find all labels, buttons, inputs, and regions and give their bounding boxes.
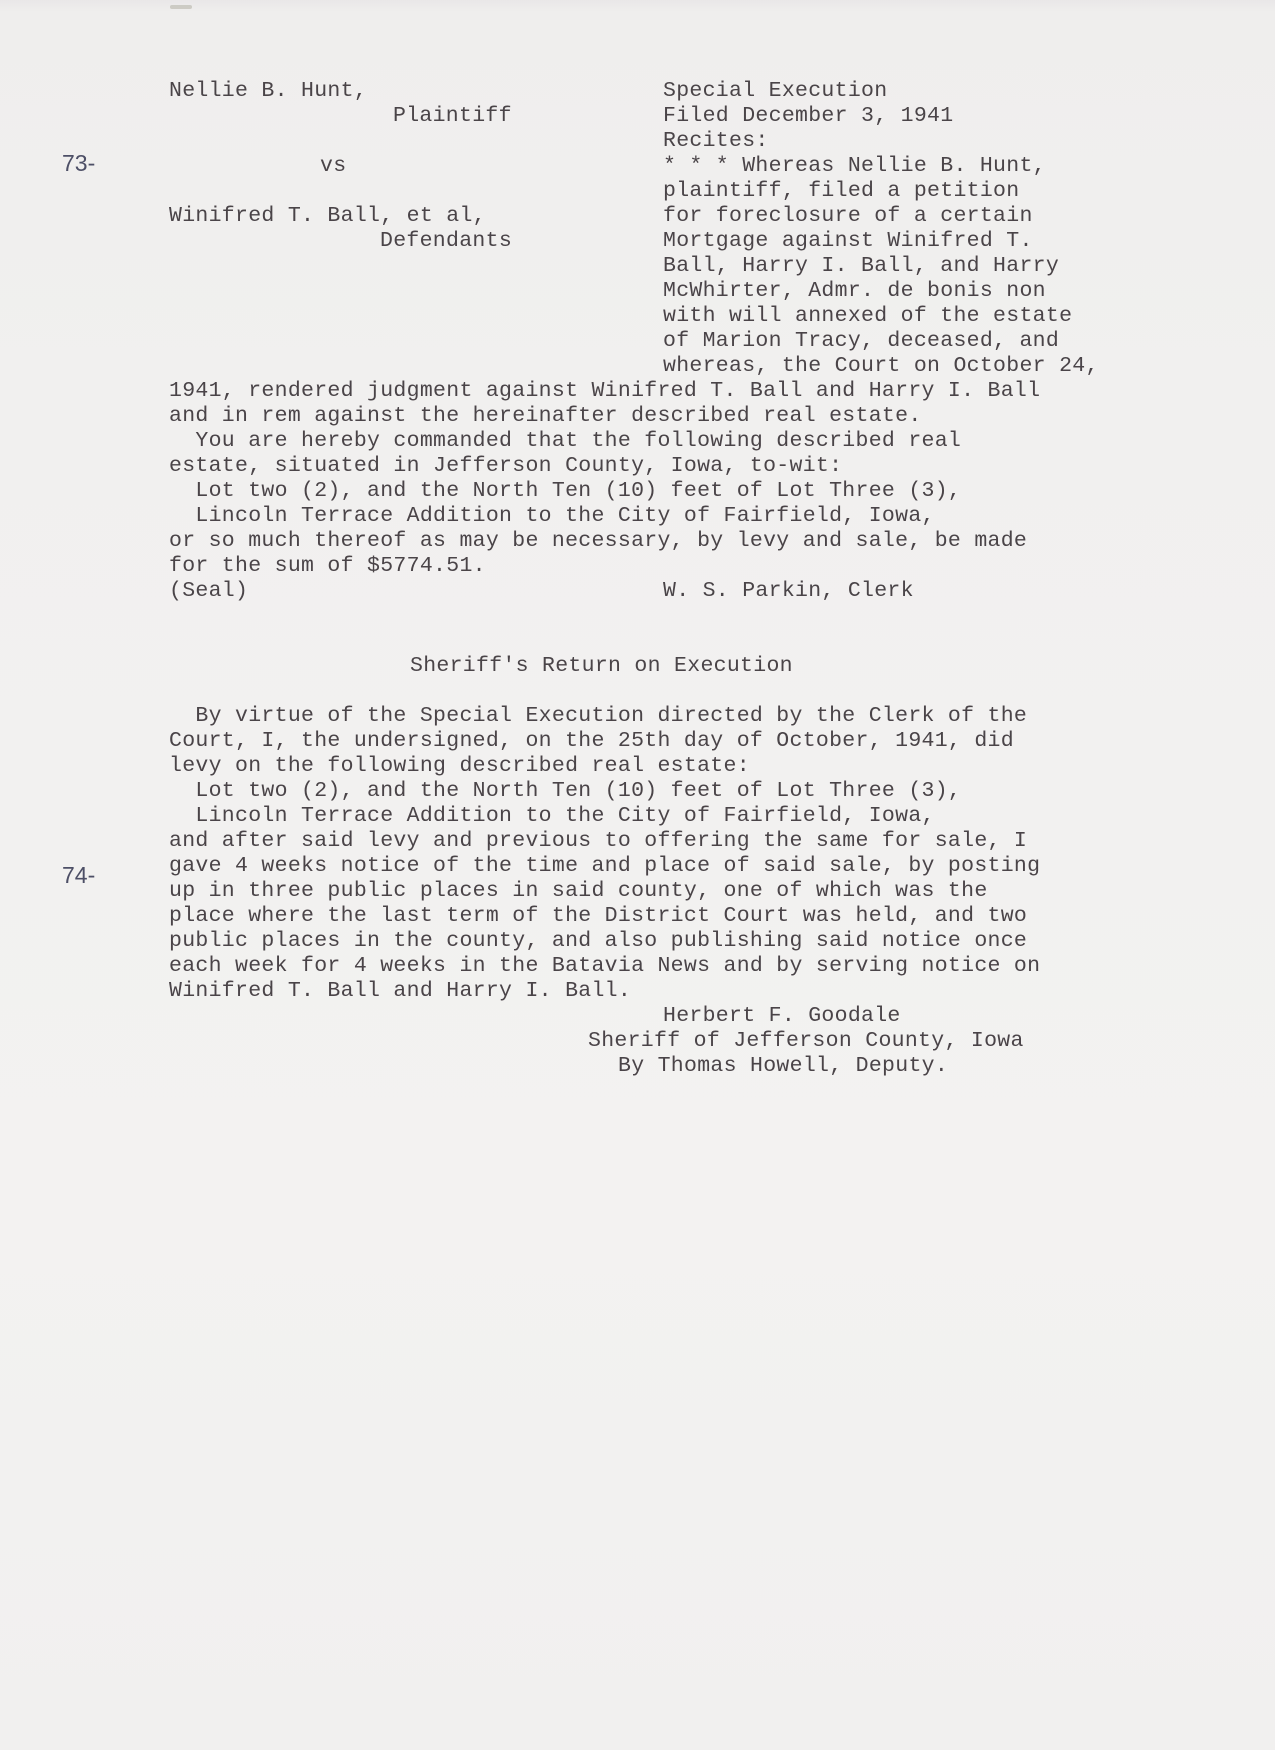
execution-header-line: Mortgage against Winifred T. [663, 229, 1033, 254]
execution-body-line: 1941, rendered judgment against Winifred… [169, 379, 1040, 404]
sheriff-return-line: public places in the county, and also pu… [169, 929, 1027, 954]
sheriff-signature-line: Sheriff of Jefferson County, Iowa [588, 1029, 1024, 1054]
execution-header-line: plaintiff, filed a petition [663, 179, 1019, 204]
execution-header-line: whereas, the Court on October 24, [663, 354, 1099, 379]
sheriff-signature-line: Herbert F. Goodale [663, 1004, 901, 1029]
sheriff-return-line: gave 4 weeks notice of the time and plac… [169, 854, 1040, 879]
execution-body-line: Lot two (2), and the North Ten (10) feet… [169, 479, 961, 504]
execution-header-line: * * * Whereas Nellie B. Hunt, [663, 154, 1046, 179]
execution-body-line: for the sum of $5774.51. [169, 554, 486, 579]
document-page: 73- 74- Nellie B. Hunt, Plaintiff vs Win… [0, 0, 1275, 1750]
execution-body-line: and in rem against the hereinafter descr… [169, 404, 922, 429]
execution-body-line: or so much thereof as may be necessary, … [169, 529, 1027, 554]
sheriff-signature-line: By Thomas Howell, Deputy. [618, 1054, 948, 1079]
execution-header-line: Special Execution [663, 79, 887, 104]
execution-header-line: with will annexed of the estate [663, 304, 1072, 329]
sheriff-return-line: up in three public places in said county… [169, 879, 988, 904]
sheriff-return-title: Sheriff's Return on Execution [410, 654, 793, 679]
plaintiff-name: Nellie B. Hunt, [169, 79, 367, 104]
execution-body-line: estate, situated in Jefferson County, Io… [169, 454, 842, 479]
sheriff-return-line: and after said levy and previous to offe… [169, 829, 1027, 854]
execution-body-line: You are hereby commanded that the follow… [169, 429, 961, 454]
execution-header-line: McWhirter, Admr. de bonis non [663, 279, 1046, 304]
clerk-signature: W. S. Parkin, Clerk [663, 579, 914, 604]
sheriff-return-line: Winifred T. Ball and Harry I. Ball. [169, 979, 631, 1004]
defendant-role: Defendants [380, 229, 512, 254]
sheriff-return-line: Lot two (2), and the North Ten (10) feet… [169, 779, 961, 804]
execution-body-line: Lincoln Terrace Addition to the City of … [169, 504, 935, 529]
execution-header-line: Ball, Harry I. Ball, and Harry [663, 254, 1059, 279]
sheriff-return-line: each week for 4 weeks in the Batavia New… [169, 954, 1040, 979]
execution-header-line: Filed December 3, 1941 [663, 104, 953, 129]
seal-label: (Seal) [169, 579, 248, 604]
sheriff-return-line: place where the last term of the Distric… [169, 904, 1027, 929]
margin-number-74: 74- [62, 862, 95, 889]
execution-header-line: for foreclosure of a certain [663, 204, 1033, 229]
defendant-name: Winifred T. Ball, et al, [169, 204, 486, 229]
plaintiff-role: Plaintiff [393, 104, 512, 129]
margin-number-73: 73- [62, 150, 95, 177]
sheriff-return-line: Lincoln Terrace Addition to the City of … [169, 804, 935, 829]
sheriff-return-line: levy on the following described real est… [169, 754, 750, 779]
sheriff-return-line: Court, I, the undersigned, on the 25th d… [169, 729, 1014, 754]
sheriff-return-line: By virtue of the Special Execution direc… [169, 704, 1027, 729]
execution-header-line: of Marion Tracy, deceased, and [663, 329, 1059, 354]
execution-header-line: Recites: [663, 129, 769, 154]
paper-smudge [170, 5, 192, 9]
versus-label: vs [320, 154, 346, 179]
